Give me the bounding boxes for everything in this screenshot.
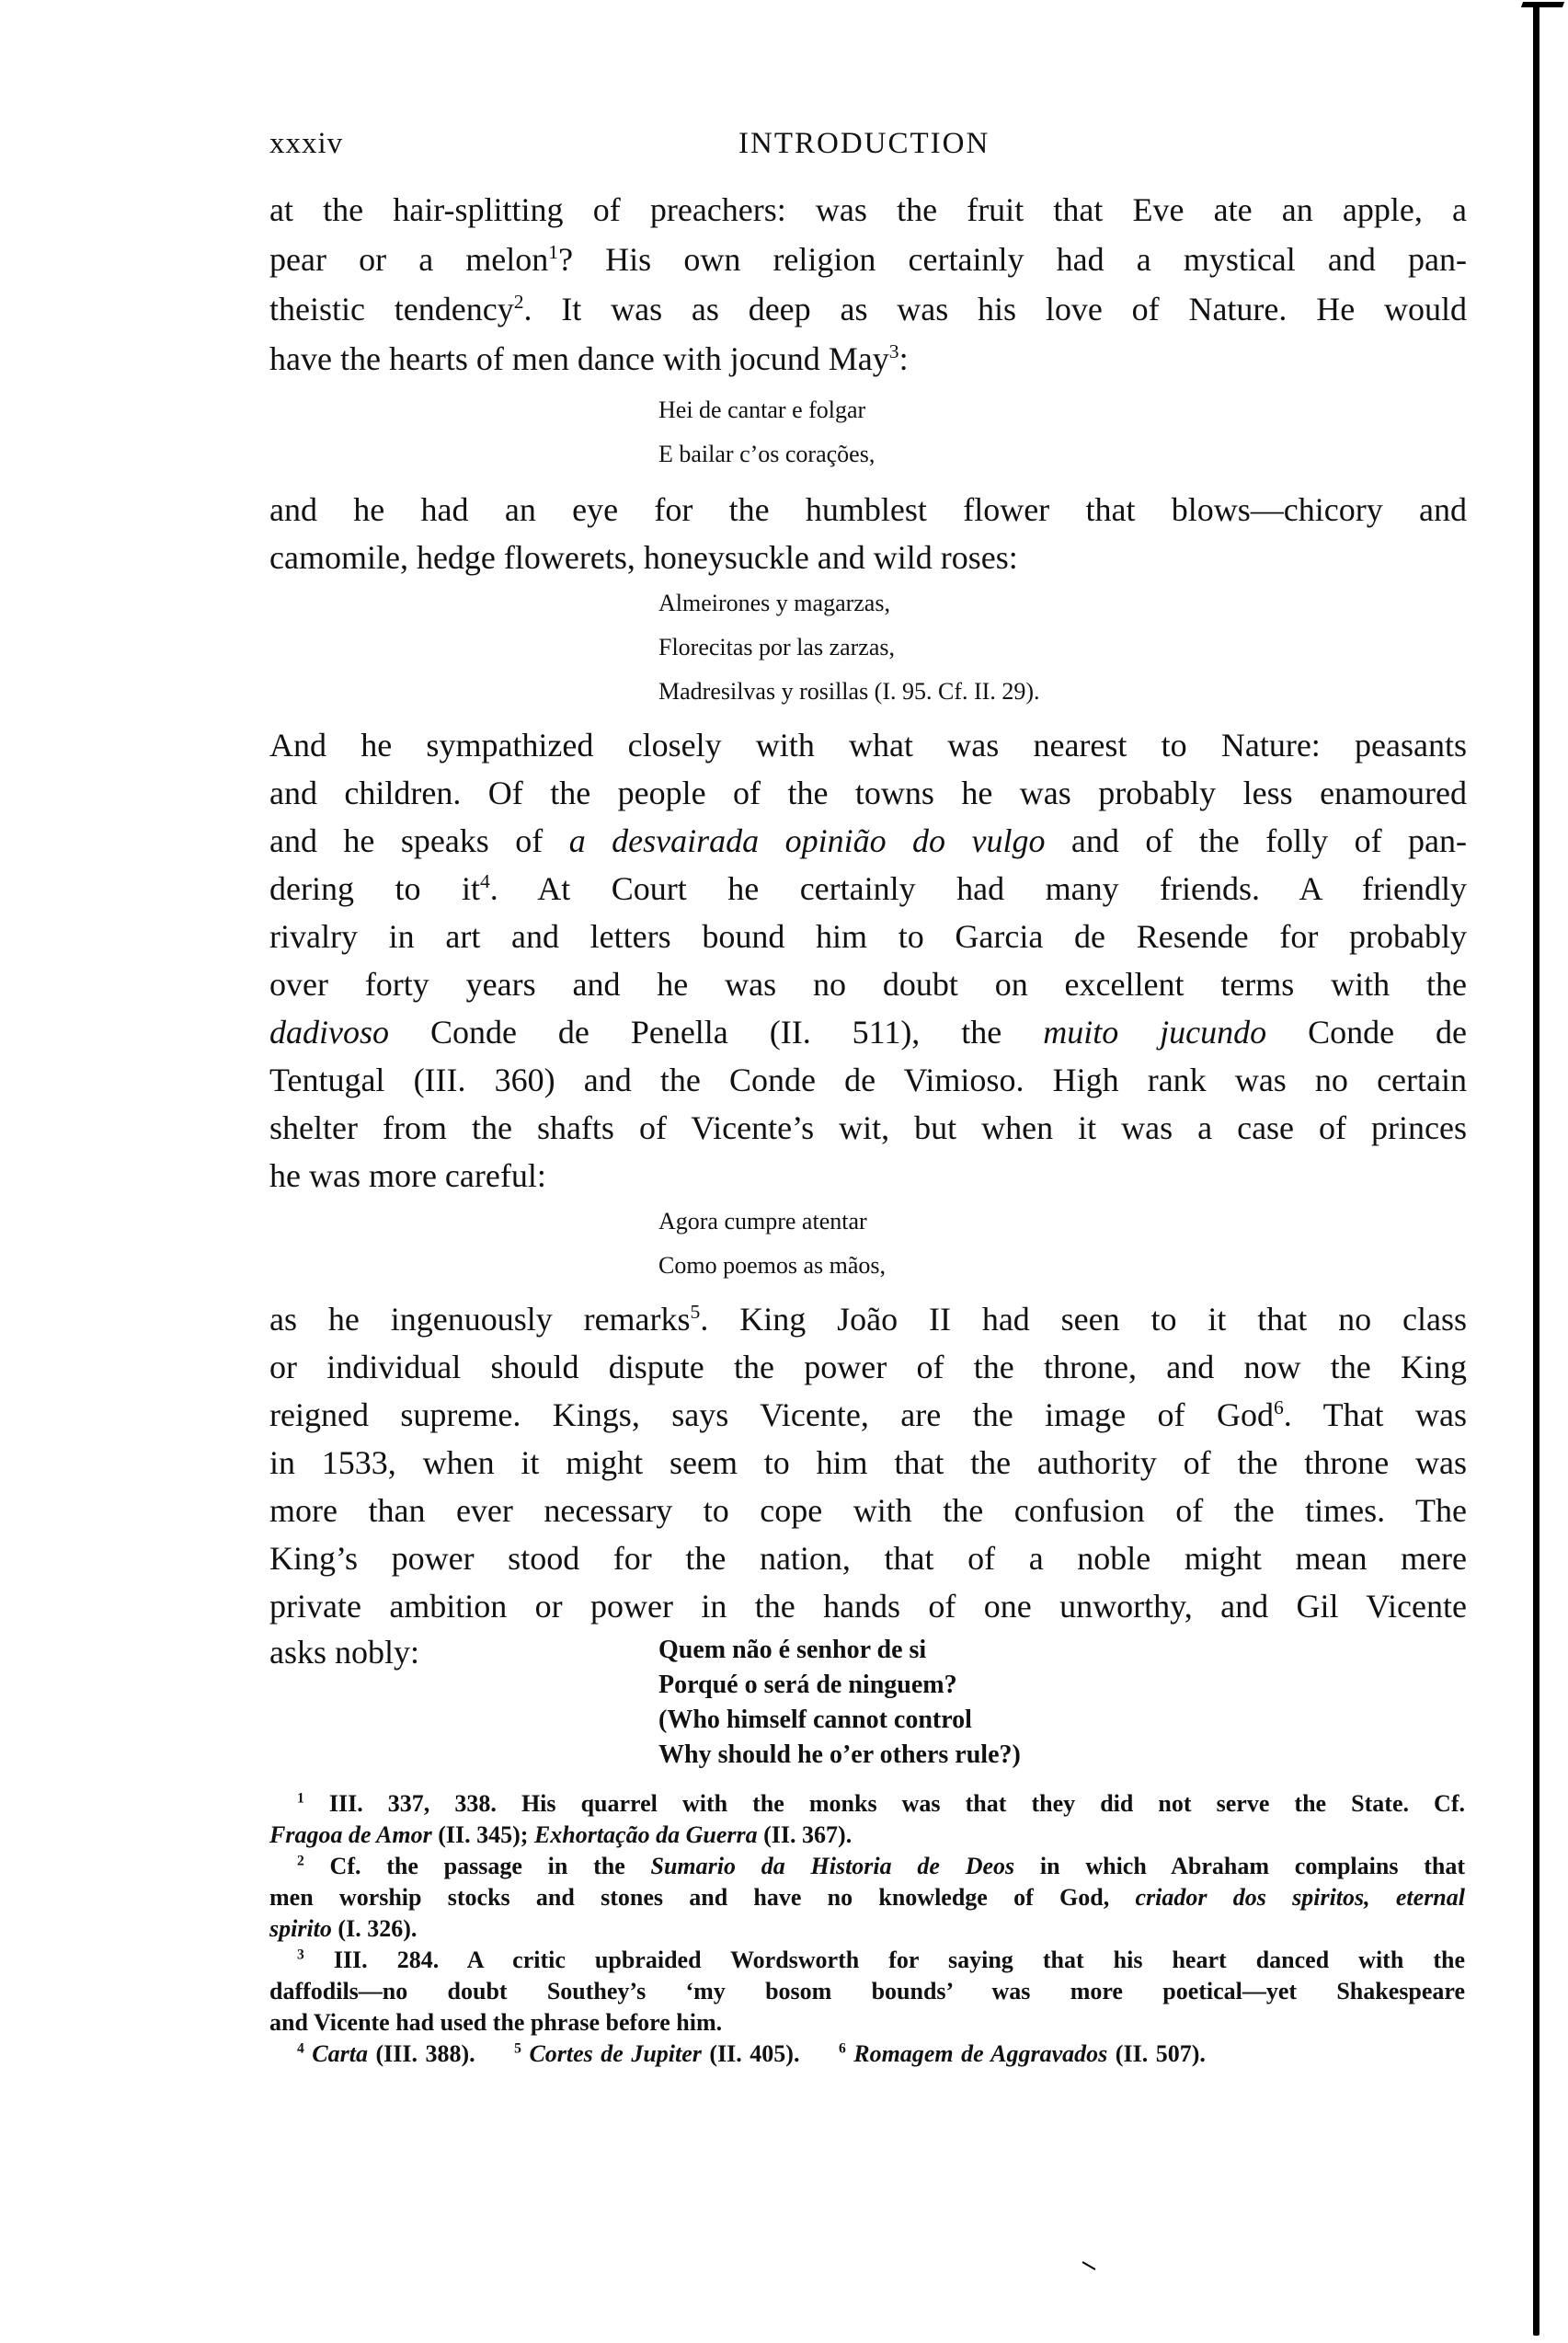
body-line: camomile, hedge flowerets, honeysuckle a… bbox=[269, 537, 1467, 578]
text: dering to it bbox=[269, 870, 480, 907]
footnote-ref[interactable]: 2 bbox=[514, 291, 524, 313]
body-line: and he had an eye for the humblest flowe… bbox=[269, 489, 1467, 530]
body-line: at the hair-splitting of preachers: was … bbox=[269, 190, 1467, 230]
body-line: as he ingenuously remarks5. King João II… bbox=[269, 1299, 1467, 1339]
footnotes-4-5-6: 4 Carta (III. 388). 5 Cortes de Jupiter … bbox=[269, 2040, 1465, 2068]
footnote-3-cont: daffodils—no doubt Southey’s ‘my bosom b… bbox=[269, 1978, 1465, 2005]
italic-phrase: a desvairada opinião do vulgo bbox=[569, 822, 1046, 859]
verse-line: Hei de cantar e folgar bbox=[658, 396, 865, 425]
text: reigned supreme. Kings, says Vicente, ar… bbox=[269, 1396, 1274, 1433]
footnote-1-cont: Fragoa de Amor (II. 345); Exhortação da … bbox=[269, 1821, 1465, 1849]
text: theistic tendency bbox=[269, 291, 514, 327]
body-line: and he speaks of a desvairada opinião do… bbox=[269, 821, 1467, 861]
stray-mark bbox=[1082, 2261, 1096, 2270]
text: Conde de bbox=[1266, 1014, 1467, 1051]
footnote-number: 3 bbox=[297, 1947, 304, 1962]
footnote-2: 2 Cf. the passage in the Sumario da Hist… bbox=[269, 1853, 1465, 1880]
text: and he speaks of bbox=[269, 822, 543, 859]
verse-line: (Who himself cannot control bbox=[658, 1706, 972, 1735]
verse-line: Agora cumpre atentar bbox=[658, 1207, 867, 1236]
text: pear or a melon bbox=[269, 241, 548, 278]
book-page: xxxiv INTRODUCTION at the hair-splitting… bbox=[0, 0, 1568, 2343]
body-line: and children. Of the people of the towns… bbox=[269, 773, 1467, 813]
body-line: pear or a melon1? His own religion certa… bbox=[269, 239, 1467, 280]
verse-line: Como poemos as mãos, bbox=[658, 1251, 886, 1281]
text: (II. 367). bbox=[758, 1821, 853, 1848]
italic-title: Cortes de Jupiter bbox=[529, 2040, 701, 2067]
italic-phrase: criador dos spiritos, eternal bbox=[1135, 1884, 1465, 1911]
body-line: have the hearts of men dance with jocund… bbox=[269, 339, 1467, 379]
text: have the hearts of men dance with jocund… bbox=[269, 340, 889, 377]
text: Conde de Penella (II. 511), the bbox=[389, 1014, 1043, 1051]
text: III. 284. A critic upbraided Wordsworth … bbox=[304, 1947, 1465, 1973]
footnote-ref[interactable]: 6 bbox=[1274, 1396, 1284, 1418]
footnote-1: 1 III. 337, 338. His quarrel with the mo… bbox=[269, 1790, 1465, 1818]
running-header: xxxiv INTRODUCTION bbox=[269, 127, 1465, 164]
verse-line: E bailar c’os corações, bbox=[658, 440, 875, 469]
text: in which Abraham complains that bbox=[1014, 1853, 1465, 1879]
text: men worship stocks and stones and have n… bbox=[269, 1884, 1135, 1911]
body-line: Tentugal (III. 360) and the Conde de Vim… bbox=[269, 1060, 1467, 1100]
body-line: dadivoso Conde de Penella (II. 511), the… bbox=[269, 1012, 1467, 1052]
text: . That was bbox=[1284, 1396, 1467, 1433]
page-edge-line bbox=[1533, 4, 1539, 2336]
italic-phrase: muito jucundo bbox=[1043, 1014, 1266, 1051]
text: (II. 405). bbox=[702, 2040, 800, 2067]
text: III. 337, 338. His quarrel with the monk… bbox=[304, 1790, 1465, 1817]
body-line: And he sympathized closely with what was… bbox=[269, 725, 1467, 765]
footnote-ref[interactable]: 5 bbox=[691, 1301, 701, 1323]
footnote-2-cont: men worship stocks and stones and have n… bbox=[269, 1884, 1465, 1912]
italic-phrase: spirito bbox=[269, 1915, 332, 1942]
page-number: xxxiv bbox=[269, 127, 343, 161]
italic-title: Fragoa de Amor bbox=[269, 1821, 432, 1848]
italic-title: Carta bbox=[312, 2040, 368, 2067]
verse-line: Almeirones y magarzas, bbox=[658, 589, 890, 618]
text: (III. 388). bbox=[368, 2040, 475, 2067]
verse-line: Quem não é senhor de si bbox=[658, 1636, 926, 1665]
body-line: or individual should dispute the power o… bbox=[269, 1347, 1467, 1387]
text: and of the folly of pan- bbox=[1045, 822, 1467, 859]
running-title: INTRODUCTION bbox=[738, 127, 990, 161]
footnote-ref[interactable]: 1 bbox=[548, 241, 558, 263]
body-line: over forty years and he was no doubt on … bbox=[269, 964, 1467, 1005]
body-line: reigned supreme. Kings, says Vicente, ar… bbox=[269, 1395, 1467, 1435]
footnote-ref[interactable]: 4 bbox=[480, 870, 490, 892]
text: . It was as deep as was his love of Natu… bbox=[524, 291, 1467, 327]
footnote-number: 2 bbox=[297, 1853, 304, 1868]
footnote-number: 5 bbox=[514, 2040, 521, 2056]
verse-line: Florecitas por las zarzas, bbox=[658, 633, 895, 662]
italic-title: Romagem de Aggravados bbox=[853, 2040, 1107, 2067]
text: (I. 326). bbox=[332, 1915, 417, 1942]
italic-phrase: dadivoso bbox=[269, 1014, 389, 1051]
text: ? His own religion certainly had a mysti… bbox=[558, 241, 1467, 278]
text: as he ingenuously remarks bbox=[269, 1301, 691, 1338]
footnote-3-cont: and Vicente had used the phrase before h… bbox=[269, 2009, 1465, 2037]
footnote-ref[interactable]: 3 bbox=[889, 340, 899, 362]
body-line: King’s power stood for the nation, that … bbox=[269, 1538, 1467, 1579]
body-line: he was more careful: bbox=[269, 1155, 1467, 1196]
body-line: theistic tendency2. It was as deep as wa… bbox=[269, 289, 1467, 329]
page-edge-cap bbox=[1521, 2, 1564, 7]
body-line: dering to it4. At Court he certainly had… bbox=[269, 868, 1467, 909]
body-line: in 1533, when it might seem to him that … bbox=[269, 1442, 1467, 1483]
italic-title: Sumario da Historia de Deos bbox=[651, 1853, 1015, 1879]
body-line: private ambition or power in the hands o… bbox=[269, 1586, 1467, 1626]
footnote-2-cont: spirito (I. 326). bbox=[269, 1915, 1465, 1943]
text: : bbox=[899, 340, 909, 377]
footnote-number: 1 bbox=[297, 1790, 304, 1806]
text: . King João II had seen to it that no cl… bbox=[700, 1301, 1467, 1338]
footnote-3: 3 III. 284. A critic upbraided Wordswort… bbox=[269, 1947, 1465, 1974]
text: (II. 345); bbox=[432, 1821, 534, 1848]
verse-line: Porqué o será de ninguem? bbox=[658, 1671, 957, 1700]
body-line: shelter from the shafts of Vicente’s wit… bbox=[269, 1108, 1467, 1148]
footnote-number: 4 bbox=[297, 2040, 304, 2056]
text: Cf. the passage in the bbox=[304, 1853, 651, 1879]
body-line: more than ever necessary to cope with th… bbox=[269, 1490, 1467, 1531]
italic-title: Exhortação da Guerra bbox=[534, 1821, 758, 1848]
text: . At Court he certainly had many friends… bbox=[490, 870, 1467, 907]
body-line: rivalry in art and letters bound him to … bbox=[269, 916, 1467, 957]
verse-line: Madresilvas y rosillas (I. 95. Cf. II. 2… bbox=[658, 677, 1039, 706]
verse-line: Why should he o’er others rule?) bbox=[658, 1740, 1021, 1770]
text: (II. 507). bbox=[1107, 2040, 1206, 2067]
footnote-number: 6 bbox=[839, 2040, 846, 2056]
